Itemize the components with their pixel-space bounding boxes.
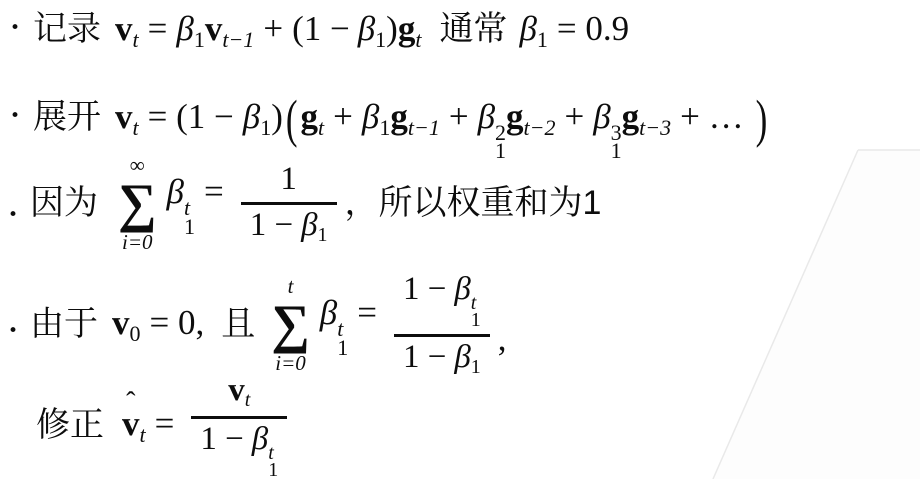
weights-sum-text: 所以权重和为1 [379,184,602,222]
number-1: 1 [280,161,297,197]
subscript-1: 1 [471,312,481,328]
fraction-denominator: 1 −β1 [241,209,337,245]
beta-symbol: β [593,97,610,136]
sum-term: βt1= [167,172,233,235]
momentum-update-formula: vt=β1vt−1+(1 −β1)gt [115,9,421,52]
line2-label: 展开 [33,98,101,136]
fraction-one-over-1-minus-beta: 11 −β1 [241,163,337,245]
line1-label-usually: 通常 [439,10,507,48]
equals-zero-comma: = 0, [150,303,205,342]
vector-g: g [301,97,319,136]
equals-sign: = [357,293,377,332]
fraction-numerator: 1 −βt1 [394,273,490,328]
equals-sign: = [148,9,168,48]
line3-label: 因为 [30,184,98,223]
fraction-denominator: 1 −βt1 [191,423,287,478]
beta-sup-t-sub-1: t1 [184,199,195,235]
equals-one-minus: = (1 − [148,97,234,136]
line1-label: 记录 [33,10,101,48]
hat-accent-icon: ˆ [126,389,135,417]
equals-sign: = [204,172,224,211]
subscript-1: 1 [184,218,195,236]
plus-sign: + [564,97,584,136]
beta-symbol: β [320,293,337,332]
subscript-t-1: t−1 [408,115,440,140]
v-hat: ˆv [122,404,140,444]
subscript-1: 1 [375,27,386,52]
line3-conclusion: ，所以权重和为1 [345,184,602,223]
one-minus: 1 − [403,339,446,375]
vector-g: g [622,97,640,136]
beta-sup-t-sub-1: t1 [337,320,348,356]
beta-symbol: β [252,421,268,457]
subscript-t: t [245,389,251,411]
plus-sign: + [449,97,469,136]
vector-v: v [205,9,223,48]
subscript-1: 1 [471,356,481,378]
subscript-t-2: t−2 [524,115,556,140]
sigma-icon: ∑ [271,299,310,350]
beta-symbol: β [454,271,470,307]
beta-symbol: β [519,9,536,48]
beta-value: β1= 0.9 [519,9,638,52]
subscript-1: 1 [194,27,205,52]
line4-label: 由于 [30,305,98,344]
bullet-icon: • [10,106,20,126]
vector-g: g [390,97,408,136]
beta-sup-t-sub-1: t1 [268,445,278,478]
subscript-1: 1 [268,462,278,478]
vector-g: g [398,9,416,48]
sum-term: βt1= [320,293,386,356]
line-momentum-update: •记录vt=β1vt−1+(1 −β1)gt通常β1= 0.9 [10,9,638,52]
line-bias-correction: 修正 ˆvt= vt1 −βt1 [36,376,295,476]
plus-sign: + [263,9,283,48]
subscript-t-1: t−1 [222,27,254,52]
bullet-icon: • [10,18,20,38]
plus-sign: + [333,97,353,136]
subscript-1: 1 [611,142,622,160]
beta-sup-t-sub-1: t1 [471,295,481,328]
fraction-numerator: vt [219,374,259,410]
close-paren: ) [271,97,283,136]
one-minus: 1 − [250,207,293,243]
subscript-1: 1 [379,115,390,140]
bullet-icon: • [8,322,18,342]
beta-symbol: β [358,9,375,48]
watermark-fill [713,150,920,479]
beta-symbol: β [243,97,260,136]
plus-ellipsis: + … [680,97,744,136]
vector-v: v [228,372,245,408]
equals-sign: = [155,404,175,443]
subscript-1: 1 [318,224,328,246]
equals-0-9: = 0.9 [557,9,629,48]
beta-symbol: β [478,97,495,136]
fraction-numerator: 1 [271,163,306,196]
fraction-bar [394,334,490,337]
corrected-v-term: ˆvt= [122,404,183,447]
close-paren: ) [386,9,398,48]
subscript-1: 1 [260,115,271,140]
fraction-bar [191,416,287,419]
fraction-bar [241,202,337,205]
comma: ， [345,184,379,222]
beta-symbol: β [301,207,317,243]
subscript-t-3: t−3 [639,115,671,140]
beta-cubed-sub-1: 31 [611,124,622,160]
big-close-paren: ) [756,90,768,150]
big-open-paren: ( [286,90,298,150]
vector-v: v [115,9,133,48]
one-minus: 1 − [403,271,446,307]
watermark-diagonal-line [713,150,858,479]
vector-g: g [506,97,524,136]
initial-condition: v0= 0, [112,303,213,346]
subscript-1: 1 [337,339,348,357]
beta-symbol: β [362,97,379,136]
line5-label: 修正 [36,406,104,445]
conjunction-and: 且 [221,305,255,344]
beta-symbol: β [167,172,184,211]
line-bias-derivation: • 由于 v0= 0, 且 t∑i=0 βt1= 1 −βt11 −β1 , [8,262,507,388]
fraction-finite-sum: 1 −βt11 −β1 [394,273,490,377]
line-geometric-sum: • 因为 ∞∑i=0 βt1= 11 −β1 ，所以权重和为1 [8,150,601,258]
subscript-1: 1 [537,27,548,52]
open-paren-one-minus: (1 − [292,9,350,48]
summation-symbol: t∑i=0 [271,276,310,373]
subscript-t: t [133,115,139,140]
one-minus: 1 − [200,421,243,457]
subscript-t: t [140,422,146,447]
beta-symbol: β [454,339,470,375]
vector-v: v [112,303,130,342]
vector-v: v [115,97,133,136]
subscript-t: t [318,115,324,140]
sum-lower-limit: i=0 [275,353,306,374]
trailing-comma: , [498,319,507,359]
sigma-icon: ∑ [118,178,157,229]
slide-canvas: •记录vt=β1vt−1+(1 −β1)gt通常β1= 0.9 •展开vt= (… [0,0,920,479]
fraction-bias-correction: vt1 −βt1 [191,374,287,478]
subscript-t: t [415,27,421,52]
fraction-denominator: 1 −β1 [394,341,490,377]
subscript-0: 0 [130,321,141,346]
subscript-t: t [133,27,139,52]
bullet-icon: • [8,206,18,226]
summation-symbol: ∞∑i=0 [118,155,157,252]
sum-lower-limit: i=0 [122,232,153,253]
beta-symbol: β [176,9,193,48]
